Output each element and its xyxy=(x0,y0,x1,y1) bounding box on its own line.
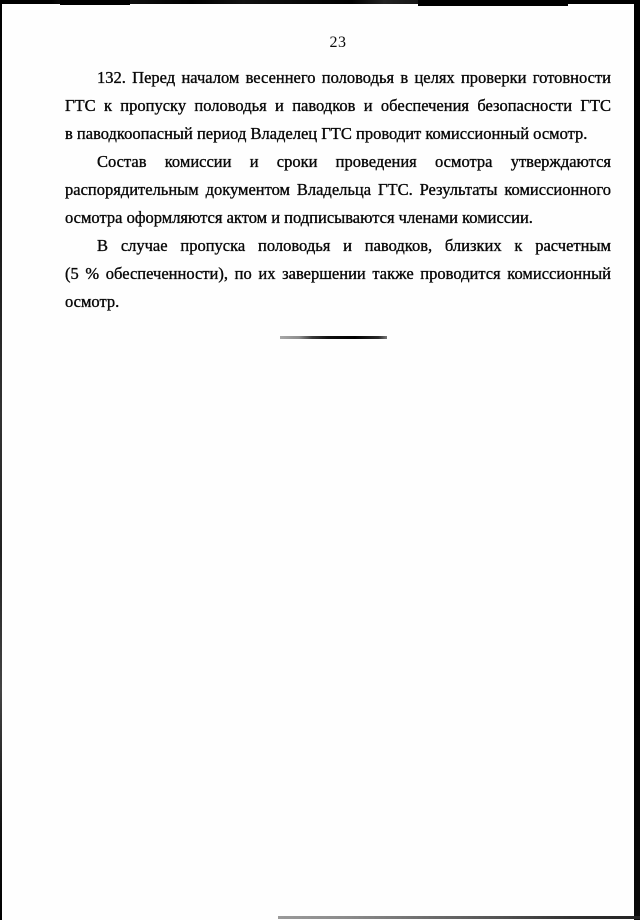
document-page: 23 132. Перед началом весеннего половодь… xyxy=(0,0,640,920)
scan-artifact-bottom-line xyxy=(278,916,640,919)
text-line: осмотра оформляются актом и подписываютс… xyxy=(65,204,611,232)
text-line: осмотр. xyxy=(65,288,611,316)
scan-artifact-top-blob xyxy=(60,0,130,5)
text-line: (5 % обеспеченности), по их завершении т… xyxy=(65,260,611,288)
text-line: В случае пропуска половодья и паводков, … xyxy=(65,232,611,260)
scan-artifact-left-border xyxy=(0,0,2,920)
text-line: 132. Перед началом весеннего половодья в… xyxy=(65,64,611,92)
scan-artifact-top-blob xyxy=(418,0,568,6)
signature-divider-line xyxy=(280,336,387,339)
scan-artifact-right-border xyxy=(634,0,640,920)
document-body: 132. Перед началом весеннего половодья в… xyxy=(65,64,611,316)
text-line: в паводкоопасный период Владелец ГТС про… xyxy=(65,120,611,148)
text-line: распорядительным документом Владельца ГТ… xyxy=(65,176,611,204)
text-line: ГТС к пропуску половодья и паводков и об… xyxy=(65,92,611,120)
text-line: Состав комиссии и сроки проведения осмот… xyxy=(65,148,611,176)
page-number: 23 xyxy=(65,34,611,52)
